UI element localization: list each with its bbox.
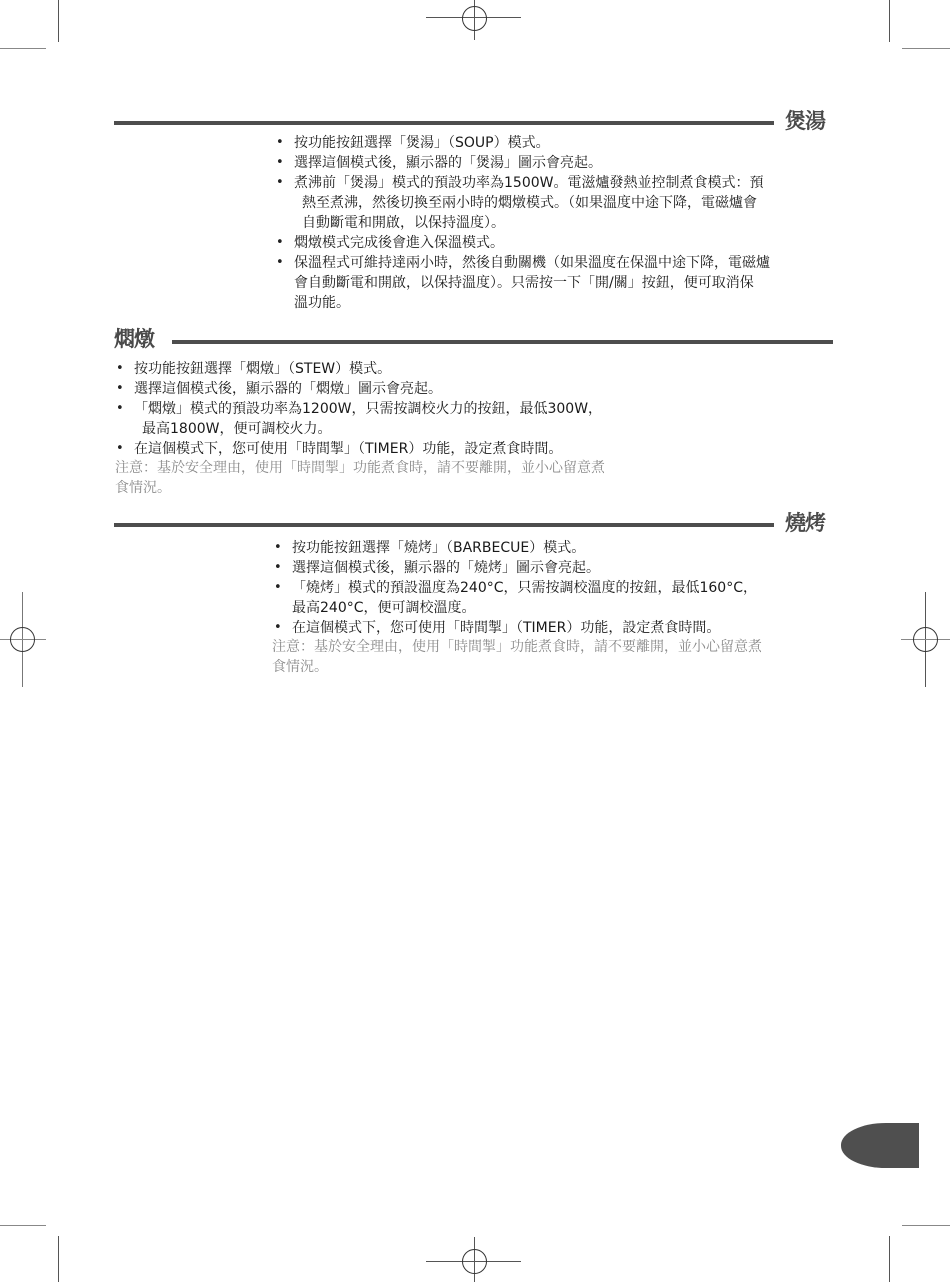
page-edge-tab xyxy=(841,1123,919,1168)
section-rule xyxy=(114,523,774,527)
list-item-text: 「燒烤」模式的預設溫度為240°C，只需按調校溫度的按鈕，最低160°C， xyxy=(292,578,757,598)
list-item: 按功能按鈕選擇「燜燉」（STEW）模式。 xyxy=(114,359,602,379)
crop-mark xyxy=(889,1236,890,1282)
list-item-text: 在這個模式下，您可使用「時間掣」（TIMER）功能，設定煮食時間。 xyxy=(292,618,757,638)
list-item-text: 保溫程式可維持達兩小時，然後自動關機（如果溫度在保溫中途下降，電磁爐 xyxy=(294,253,770,273)
section-rule xyxy=(172,340,833,344)
list-item-text: 在這個模式下，您可使用「時間掣」（TIMER）功能，設定煮食時間。 xyxy=(134,439,602,459)
list-item-text: 選擇這個模式後，顯示器的「煲湯」圖示會亮起。 xyxy=(294,153,770,173)
crop-mark xyxy=(902,1225,950,1226)
list-item-text: 燜燉模式完成後會進入保溫模式。 xyxy=(294,233,770,253)
registration-circle-icon xyxy=(10,627,35,652)
list-item-text: 最高240°C，便可調校溫度。 xyxy=(292,598,757,618)
list-item-text: 煮沸前「煲湯」模式的預設功率為1500W。電滋爐發熱並控制煮食模式：預 xyxy=(294,173,770,193)
list-item-text: 會自動斷電和開啟，以保持溫度）。只需按一下「開/關」按鈕，便可取消保 xyxy=(294,273,770,293)
crop-mark xyxy=(58,0,59,42)
list-item-text: 溫功能。 xyxy=(294,293,770,313)
section-heading: 燜燉 xyxy=(114,327,154,351)
section-heading: 燒烤 xyxy=(785,511,825,535)
list-item-text: 按功能按鈕選擇「燜燉」（STEW）模式。 xyxy=(134,359,602,379)
safety-note: 注意：基於安全理由，使用「時間掣」功能煮食時，請不要離開，並小心留意煮 食情況。 xyxy=(272,637,762,677)
crop-mark xyxy=(902,48,950,49)
bullet-list: 按功能按鈕選擇「煲湯」（SOUP）模式。 選擇這個模式後，顯示器的「煲湯」圖示會… xyxy=(274,133,770,313)
crop-mark xyxy=(0,48,46,49)
list-item: 選擇這個模式後，顯示器的「燒烤」圖示會亮起。 xyxy=(272,558,757,578)
registration-circle-icon xyxy=(462,6,487,31)
safety-note: 注意：基於安全理由，使用「時間掣」功能煮食時，請不要離開，並小心留意煮 食情況。 xyxy=(115,458,605,498)
registration-circle-icon xyxy=(462,1249,487,1274)
list-item: 在這個模式下，您可使用「時間掣」（TIMER）功能，設定煮食時間。 xyxy=(272,618,757,638)
note-line: 食情況。 xyxy=(115,478,605,498)
list-item-text: 按功能按鈕選擇「燒烤」（BARBECUE）模式。 xyxy=(292,538,757,558)
list-item-text: 按功能按鈕選擇「煲湯」（SOUP）模式。 xyxy=(294,133,770,153)
list-item-text: 選擇這個模式後，顯示器的「燒烤」圖示會亮起。 xyxy=(292,558,757,578)
list-item: 按功能按鈕選擇「煲湯」（SOUP）模式。 xyxy=(274,133,770,153)
crop-mark xyxy=(0,1225,46,1226)
bullet-list: 按功能按鈕選擇「燜燉」（STEW）模式。 選擇這個模式後，顯示器的「燜燉」圖示會… xyxy=(114,359,602,459)
crop-mark xyxy=(889,0,890,42)
note-line: 食情況。 xyxy=(272,657,762,677)
registration-circle-icon xyxy=(913,627,938,652)
list-item: 選擇這個模式後，顯示器的「煲湯」圖示會亮起。 xyxy=(274,153,770,173)
list-item-text: 最高1800W，便可調校火力。 xyxy=(134,419,602,439)
list-item-text: 自動斷電和開啟，以保持溫度）。 xyxy=(294,213,770,233)
list-item: 選擇這個模式後，顯示器的「燜燉」圖示會亮起。 xyxy=(114,379,602,399)
crop-mark xyxy=(58,1236,59,1282)
section-rule xyxy=(114,121,774,125)
list-item-text: 選擇這個模式後，顯示器的「燜燉」圖示會亮起。 xyxy=(134,379,602,399)
section-heading: 煲湯 xyxy=(785,109,825,133)
list-item: 煮沸前「煲湯」模式的預設功率為1500W。電滋爐發熱並控制煮食模式：預 熱至煮沸… xyxy=(274,173,770,233)
note-line: 注意：基於安全理由，使用「時間掣」功能煮食時，請不要離開，並小心留意煮 xyxy=(115,458,605,478)
list-item-text: 熱至煮沸，然後切換至兩小時的燜燉模式。（如果溫度中途下降，電磁爐會 xyxy=(294,193,770,213)
bullet-list: 按功能按鈕選擇「燒烤」（BARBECUE）模式。 選擇這個模式後，顯示器的「燒烤… xyxy=(272,538,757,638)
list-item: 燜燉模式完成後會進入保溫模式。 xyxy=(274,233,770,253)
note-line: 注意：基於安全理由，使用「時間掣」功能煮食時，請不要離開，並小心留意煮 xyxy=(272,637,762,657)
list-item: 按功能按鈕選擇「燒烤」（BARBECUE）模式。 xyxy=(272,538,757,558)
list-item: 保溫程式可維持達兩小時，然後自動關機（如果溫度在保溫中途下降，電磁爐 會自動斷電… xyxy=(274,253,770,313)
list-item: 在這個模式下，您可使用「時間掣」（TIMER）功能，設定煮食時間。 xyxy=(114,439,602,459)
list-item-text: 「燜燉」模式的預設功率為1200W，只需按調校火力的按鈕，最低300W， xyxy=(134,399,602,419)
list-item: 「燒烤」模式的預設溫度為240°C，只需按調校溫度的按鈕，最低160°C， 最高… xyxy=(272,578,757,618)
list-item: 「燜燉」模式的預設功率為1200W，只需按調校火力的按鈕，最低300W， 最高1… xyxy=(114,399,602,439)
